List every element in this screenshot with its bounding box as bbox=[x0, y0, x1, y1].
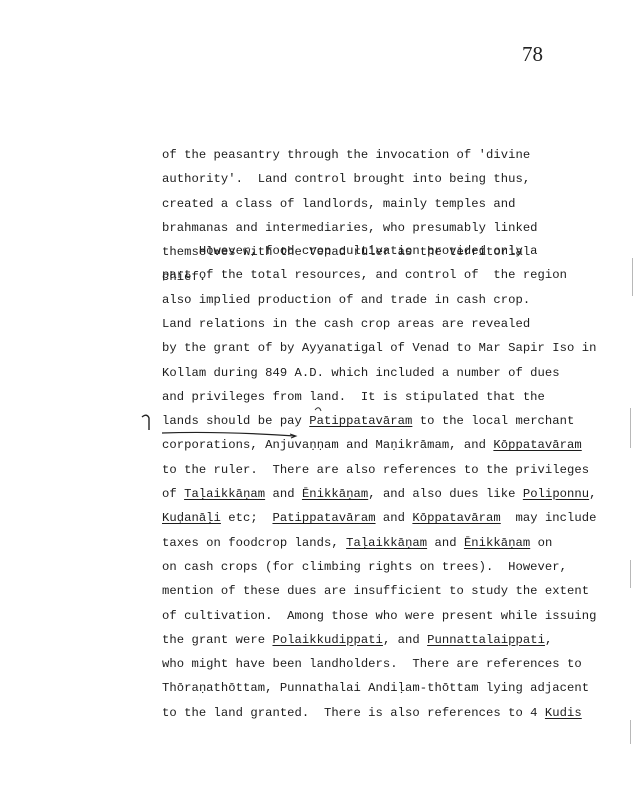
text-line: of cultivation. Among those who were pre… bbox=[162, 609, 596, 623]
text-run: by the grant of by Ayyanatigal of Venad … bbox=[162, 341, 596, 355]
text-line: Kollam during 849 A.D. which included a … bbox=[162, 366, 560, 380]
scan-artifact-line bbox=[630, 720, 631, 744]
text-run: to the local merchant bbox=[412, 414, 574, 428]
text-run: who might have been landholders. There a… bbox=[162, 657, 582, 671]
text-line: by the grant of by Ayyanatigal of Venad … bbox=[162, 341, 596, 355]
text-run: to the land granted. There is also refer… bbox=[162, 706, 545, 720]
text-run: of the peasantry through the invocation … bbox=[162, 148, 530, 162]
text-run: created a class of landlords, mainly tem… bbox=[162, 197, 515, 211]
underlined-term: Ēnikkāṇam bbox=[302, 487, 368, 501]
text-run: authority'. Land control brought into be… bbox=[162, 172, 530, 186]
scan-artifact-line bbox=[630, 560, 631, 588]
text-line: created a class of landlords, mainly tem… bbox=[162, 197, 515, 211]
text-run: However, food crop cultivation provided … bbox=[162, 244, 538, 258]
text-line: However, food crop cultivation provided … bbox=[162, 244, 538, 258]
text-run: also implied production of and trade in … bbox=[162, 293, 530, 307]
text-run: brahmanas and intermediaries, who presum… bbox=[162, 221, 538, 235]
text-line: authority'. Land control brought into be… bbox=[162, 172, 530, 186]
text-run: , and bbox=[383, 633, 427, 647]
handwritten-bracket-mark bbox=[140, 412, 154, 432]
handwritten-caret-mark bbox=[313, 405, 327, 417]
text-run: and privileges from land. It is stipulat… bbox=[162, 390, 545, 404]
handwritten-underline-mark bbox=[160, 428, 300, 440]
underlined-term: Polaikkudippati bbox=[272, 633, 382, 647]
text-run: Kollam during 849 A.D. which included a … bbox=[162, 366, 560, 380]
text-line: of Taḷaikkāṇam and Ēnikkāṇam, and also d… bbox=[162, 487, 597, 501]
text-run: mention of these dues are insufficient t… bbox=[162, 584, 589, 598]
text-run: part of the total resources, and control… bbox=[162, 268, 567, 282]
text-run: , bbox=[589, 487, 596, 501]
text-run: may include bbox=[501, 511, 597, 525]
text-line: part of the total resources, and control… bbox=[162, 268, 567, 282]
text-run: Land relations in the cash crop areas ar… bbox=[162, 317, 530, 331]
text-line: taxes on foodcrop lands, Taḷaikkāṇam and… bbox=[162, 536, 552, 550]
text-run: , and also dues like bbox=[368, 487, 523, 501]
text-run: to the ruler. There are also references … bbox=[162, 463, 589, 477]
text-run: etc; bbox=[221, 511, 273, 525]
text-run: Thōraṇathōttam, Punnathalai Andiḷam-thōt… bbox=[162, 681, 589, 695]
text-line: to the ruler. There are also references … bbox=[162, 463, 589, 477]
text-line: Thōraṇathōttam, Punnathalai Andiḷam-thōt… bbox=[162, 681, 589, 695]
underlined-term: Kōppatavāram bbox=[493, 438, 581, 452]
text-line: and privileges from land. It is stipulat… bbox=[162, 390, 545, 404]
underlined-term: Taḷaikkāṇam bbox=[184, 487, 265, 501]
text-line: Kuḍanāḷi etc; Patippatavāram and Kōppata… bbox=[162, 511, 597, 525]
scan-artifact-line bbox=[630, 408, 631, 448]
underlined-term: Patippatavāram bbox=[272, 511, 375, 525]
text-run: and bbox=[376, 511, 413, 525]
text-run: corporations, Anjuvaṇṇam and Maṇikrāmam,… bbox=[162, 438, 493, 452]
text-line: also implied production of and trade in … bbox=[162, 293, 530, 307]
text-line: of the peasantry through the invocation … bbox=[162, 148, 530, 162]
text-run: and bbox=[265, 487, 302, 501]
text-run: of cultivation. Among those who were pre… bbox=[162, 609, 596, 623]
text-run: , bbox=[545, 633, 552, 647]
text-line: brahmanas and intermediaries, who presum… bbox=[162, 221, 538, 235]
text-line: on cash crops (for climbing rights on tr… bbox=[162, 560, 567, 574]
underlined-term: Kōppatavāram bbox=[412, 511, 500, 525]
text-line: lands should be pay Patippatavāram to th… bbox=[162, 414, 574, 428]
text-run: the grant were bbox=[162, 633, 272, 647]
underlined-term: Poliponnu bbox=[523, 487, 589, 501]
text-run: of bbox=[162, 487, 184, 501]
underlined-term: Punnattalaippati bbox=[427, 633, 545, 647]
text-run: on cash crops (for climbing rights on tr… bbox=[162, 560, 567, 574]
text-run: on bbox=[530, 536, 552, 550]
text-run: taxes on foodcrop lands, bbox=[162, 536, 346, 550]
text-line: the grant were Polaikkudippati, and Punn… bbox=[162, 633, 552, 647]
text-run: and bbox=[427, 536, 464, 550]
underlined-term: Kudis bbox=[545, 706, 582, 720]
underlined-term: Taḷaikkāṇam bbox=[346, 536, 427, 550]
underlined-term: Kuḍanāḷi bbox=[162, 511, 221, 525]
text-line: mention of these dues are insufficient t… bbox=[162, 584, 589, 598]
text-run: lands should be pay bbox=[162, 414, 309, 428]
scan-artifact-line bbox=[632, 258, 633, 296]
underlined-term: Ēnikkāṇam bbox=[464, 536, 530, 550]
page-number: 78 bbox=[522, 42, 543, 67]
text-line: Land relations in the cash crop areas ar… bbox=[162, 317, 530, 331]
text-line: corporations, Anjuvaṇṇam and Maṇikrāmam,… bbox=[162, 438, 582, 452]
text-line: who might have been landholders. There a… bbox=[162, 657, 582, 671]
text-line: to the land granted. There is also refer… bbox=[162, 706, 582, 720]
